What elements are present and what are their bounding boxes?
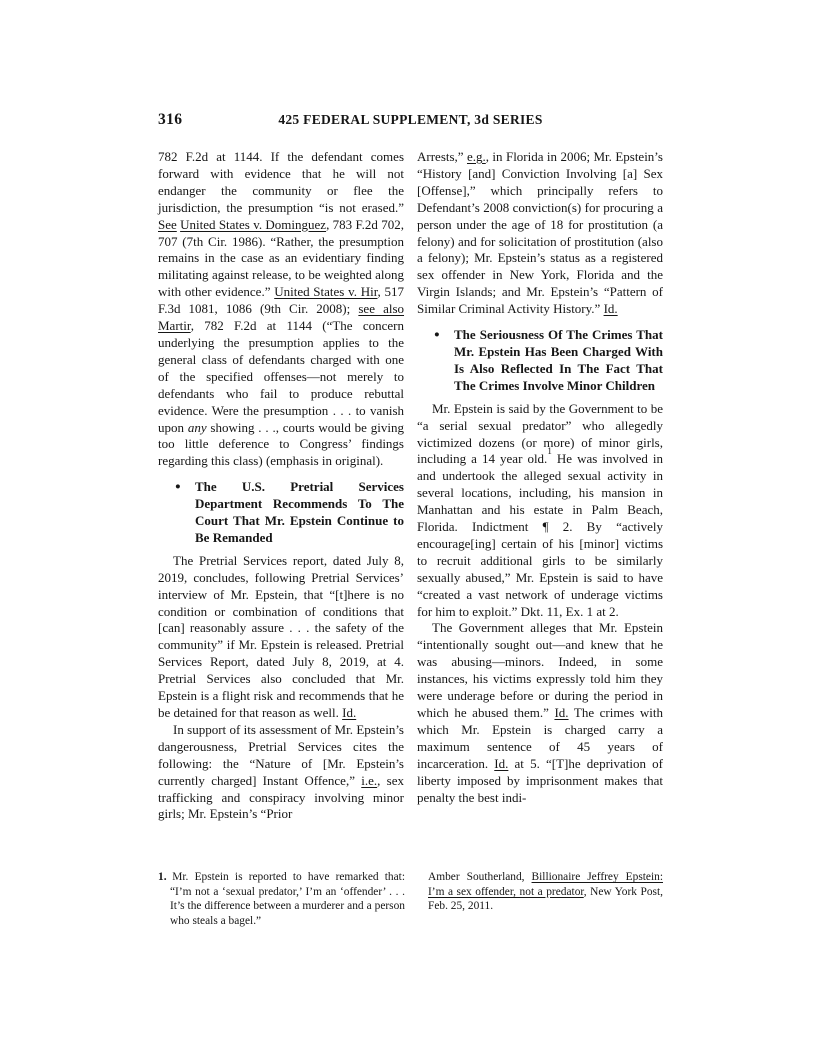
citation-underlined: see also <box>358 301 404 316</box>
citation-underlined: e.g. <box>467 149 486 164</box>
footnote-1-continued: Amber Southerland, Billionaire Jeffrey E… <box>418 870 663 929</box>
heading-text: The Seriousness Of The Crimes That Mr. E… <box>454 327 663 395</box>
citation-underlined: Billionaire Jeffrey Epstein: I’m a sex o… <box>428 871 663 898</box>
citation-underlined: United States v. Hir <box>274 284 377 299</box>
left-column: 782 F.2d at 1144. If the defendant comes… <box>158 149 404 823</box>
reporter-title: 425 FEDERAL SUPPLEMENT, 3d SERIES <box>158 112 663 128</box>
citation-underlined: United States v. Dominguez <box>180 217 326 232</box>
bullet-icon: ● <box>175 479 195 547</box>
citation-underlined: Id. <box>342 705 356 720</box>
bullet-heading: ●The Seriousness Of The Crimes That Mr. … <box>417 327 663 395</box>
paragraph: The Pretrial Services report, dated July… <box>158 553 404 722</box>
bullet-heading: ●The U.S. Pretrial Services Department R… <box>158 479 404 547</box>
citation-underlined: See <box>158 217 177 232</box>
paragraph: The Government alleges that Mr. Epstein … <box>417 620 663 806</box>
paragraph: 782 F.2d at 1144. If the defendant comes… <box>158 149 404 470</box>
citation-underlined: Id. <box>604 301 618 316</box>
document-page: 316 425 FEDERAL SUPPLEMENT, 3d SERIES 78… <box>0 0 816 1056</box>
text-columns: 782 F.2d at 1144. If the defendant comes… <box>158 149 663 854</box>
footnote-1: 1. Mr. Epstein is reported to have remar… <box>158 870 405 929</box>
footnotes: 1. Mr. Epstein is reported to have remar… <box>158 870 663 929</box>
citation-underlined: i.e. <box>361 773 377 788</box>
paragraph: Mr. Epstein is said by the Government to… <box>417 401 663 621</box>
text-run: any <box>188 420 207 435</box>
paragraph: Arrests,” e.g., in Florida in 2006; Mr. … <box>417 149 663 318</box>
footnote-reference: 1 <box>547 446 552 456</box>
heading-text: The U.S. Pretrial Services Department Re… <box>195 479 404 547</box>
citation-underlined: Id. <box>494 756 508 771</box>
citation-underlined: Martir <box>158 318 191 333</box>
citation-underlined: Id. <box>554 705 568 720</box>
paragraph: In support of its assessment of Mr. Epst… <box>158 722 404 823</box>
text-run: 1. <box>158 871 167 883</box>
bullet-icon: ● <box>434 327 454 395</box>
page-header: 316 425 FEDERAL SUPPLEMENT, 3d SERIES <box>158 111 663 128</box>
right-column: Arrests,” e.g., in Florida in 2006; Mr. … <box>417 149 663 806</box>
